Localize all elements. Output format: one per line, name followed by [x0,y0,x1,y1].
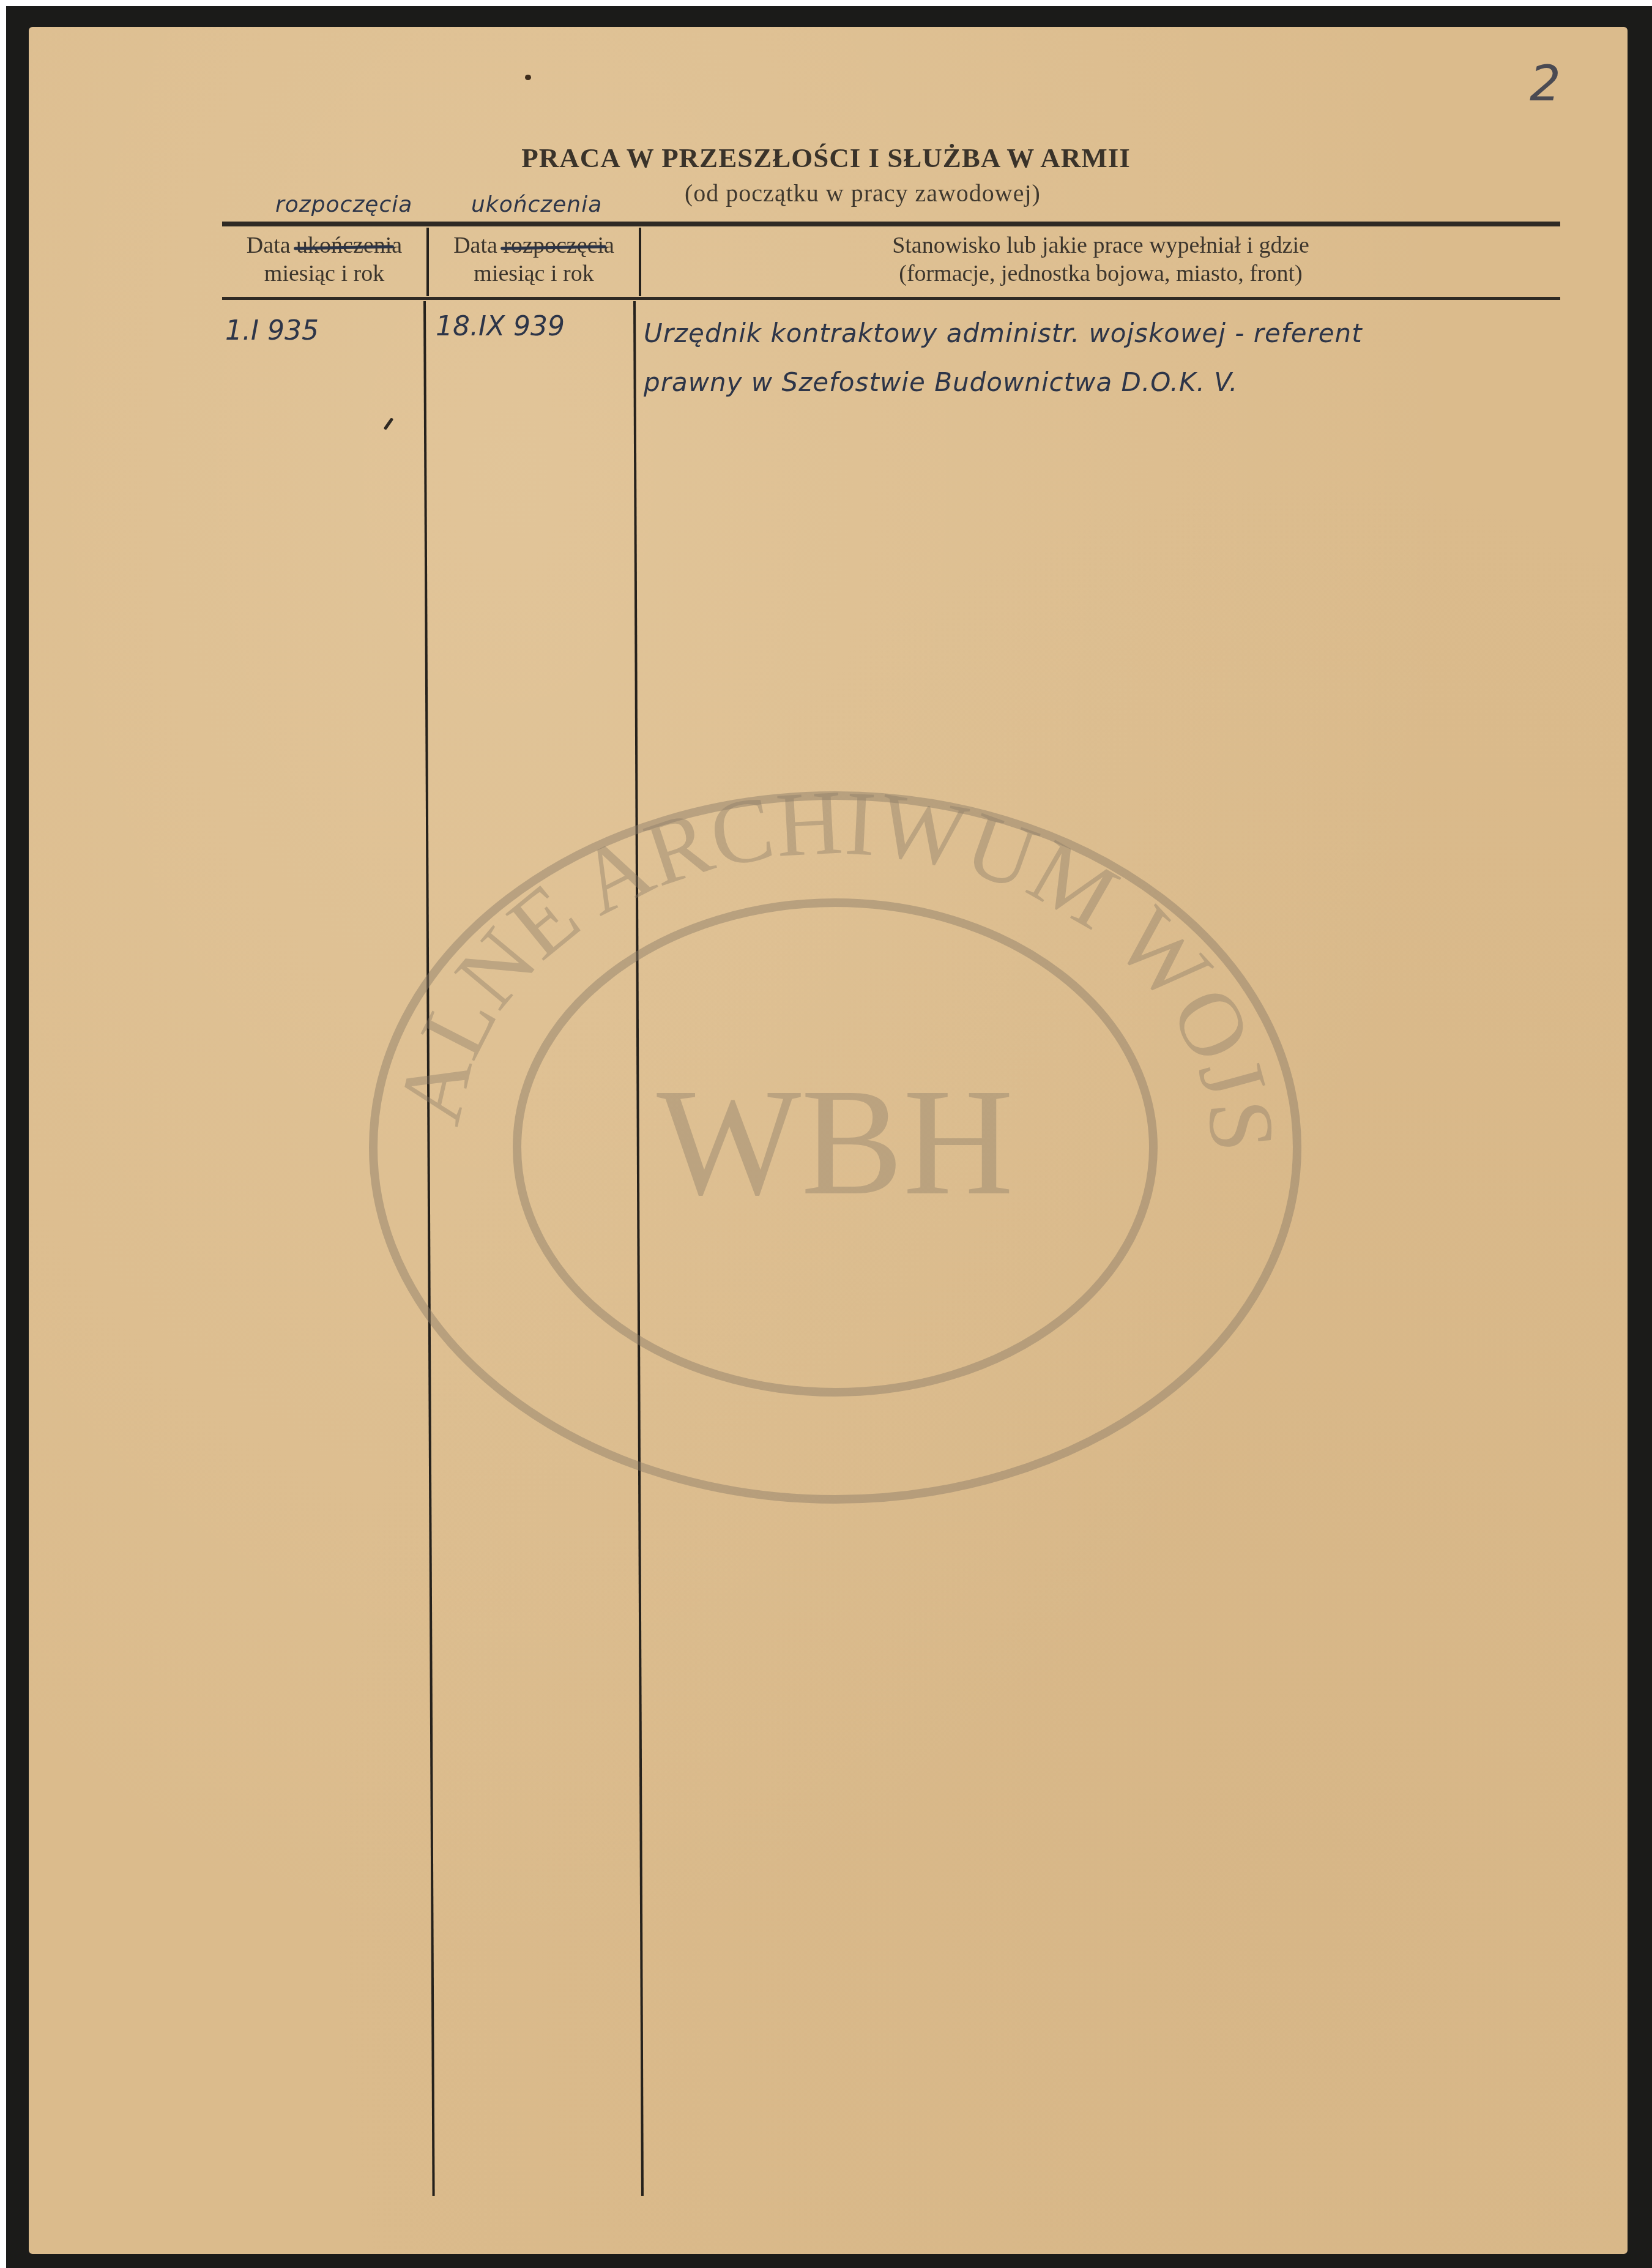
struck-word: rozpoczęci [503,233,604,258]
header-label: Data [453,233,497,258]
form-title: PRACA W PRZESZŁOŚCI I SŁUŻBA W ARMII [0,142,1652,174]
header-end-date: Data rozpoczęcia miesiąc i rok [429,231,639,294]
header-top-rule [222,222,1560,226]
row-start-date: 1.I 935 [225,315,319,346]
struck-word: ukończeni [296,233,392,258]
row-end-date: 18.IX 939 [436,311,565,342]
header-sublabel: (formacje, jednostka bojowa, miasto, fro… [641,259,1560,288]
header-position-description: Stanowisko lub jakie prace wypełniał i g… [641,231,1560,294]
header-sublabel: miesiąc i rok [429,259,639,288]
handwritten-correction-end: ukończenia [471,192,602,217]
header-bottom-rule [222,297,1560,300]
header-label: Data [247,233,291,258]
header-start-date: Data ukończenia miesiąc i rok [222,231,426,294]
page-number: 2 [1530,55,1561,112]
handwritten-correction-start: rozpoczęcia [275,192,412,217]
row-description-line2: prawny w Szefostwie Budownictwa D.O.K. V… [644,367,1238,397]
header-sublabel: miesiąc i rok [222,259,426,288]
archive-stamp: CENTRALNE ARCHIWUM WOJSKOWE WBH [367,789,1303,1505]
row-description-line1: Urzędnik kontraktowy administr. wojskowe… [644,318,1363,348]
form-subtitle: (od początku w pracy zawodowej) [0,179,1652,207]
paper-speck [525,75,531,80]
stamp-center-text: WBH [657,1058,1013,1227]
header-label: Stanowisko lub jakie prace wypełniał i g… [641,231,1560,259]
